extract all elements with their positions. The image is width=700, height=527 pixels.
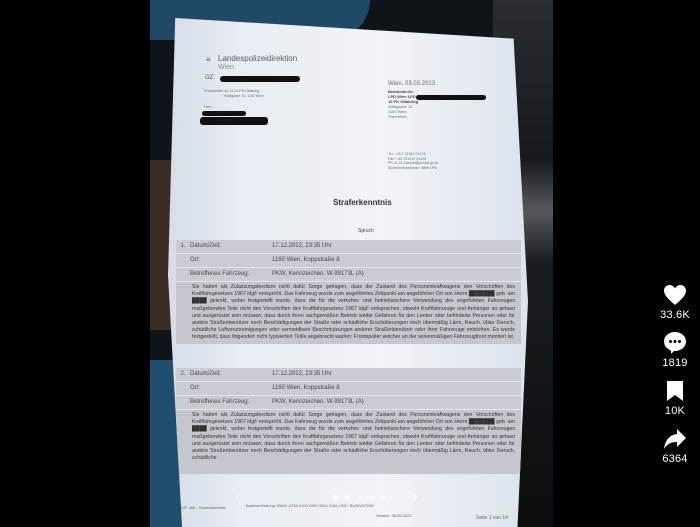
carousel-prev-button[interactable]: ‹ bbox=[235, 486, 241, 507]
carousel-dot[interactable] bbox=[333, 495, 338, 500]
document-title: Straferkenntnis bbox=[333, 198, 392, 207]
bookmark-icon bbox=[662, 379, 688, 403]
document-subtitle: Spruch bbox=[358, 228, 374, 234]
document-photo: ≡ Landespolizeidirektion Wien GZ: Rückse… bbox=[168, 18, 528, 527]
redaction bbox=[202, 111, 246, 116]
sender-block: Wien, 03.03.2023 Bearbeiter/in: LPD Wien… bbox=[388, 82, 435, 119]
like-button[interactable]: 33.6K bbox=[652, 283, 698, 321]
return-address: Rücksenden an: W 16 PK Ottakring Wattgas… bbox=[204, 89, 264, 99]
like-count: 33.6K bbox=[660, 309, 690, 321]
authority-logo: ≡ Landespolizeidirektion Wien bbox=[218, 54, 297, 72]
offense-1: 1.Datum/Zeit:17.12.2022, 23:35 Uhr Ort:1… bbox=[176, 240, 521, 344]
carousel-dot[interactable] bbox=[345, 495, 350, 500]
recipient: Herr bbox=[204, 104, 212, 110]
comment-button[interactable]: 1819 bbox=[652, 331, 698, 369]
contact-block: Tel: +43 1 31310 24126 Fax: +43 131310 2… bbox=[388, 152, 438, 170]
offense-text: Sie haben als Zulassungsbesitzer nicht d… bbox=[176, 410, 521, 474]
comment-icon bbox=[662, 331, 688, 355]
logo-icon: ≡ bbox=[206, 55, 211, 64]
save-count: 10K bbox=[665, 405, 685, 417]
carousel-dot[interactable] bbox=[381, 495, 386, 500]
share-icon bbox=[662, 427, 688, 451]
gz-label: GZ: bbox=[205, 75, 215, 81]
offense-row: Ort:1160 Wien, Koppstraße 8 bbox=[176, 254, 521, 268]
offense-row: 2.Datum/Zeit:17.12.2022, 23:35 Uhr bbox=[176, 368, 521, 382]
comment-count: 1819 bbox=[662, 357, 687, 369]
action-bar: 33.6K 1819 10K 6364 bbox=[652, 283, 698, 475]
offense-row: 1.Datum/Zeit:17.12.2022, 23:35 Uhr bbox=[176, 240, 521, 254]
offense-row: Betroffenes Fahrzeug:PKW, Kennzeichen: W… bbox=[176, 396, 521, 410]
offense-row: Ort:1160 Wien, Koppstraße 8 bbox=[176, 382, 521, 396]
offense-2: 2.Datum/Zeit:17.12.2022, 23:35 Uhr Ort:1… bbox=[176, 368, 521, 474]
redaction bbox=[416, 95, 486, 100]
redaction bbox=[220, 76, 300, 82]
share-count: 6364 bbox=[662, 453, 687, 465]
carousel-dot[interactable] bbox=[357, 495, 362, 500]
post-media[interactable]: ≡ Landespolizeidirektion Wien GZ: Rückse… bbox=[150, 0, 553, 527]
redaction bbox=[200, 117, 268, 125]
save-button[interactable]: 10K bbox=[652, 379, 698, 417]
carousel-next-button[interactable]: › bbox=[412, 486, 418, 507]
heart-icon bbox=[662, 283, 688, 307]
carousel-indicator bbox=[333, 495, 386, 500]
offense-text: Sie haben als Zulassungsbesitzer nicht d… bbox=[176, 282, 521, 344]
offense-row: Betroffenes Fahrzeug:PKW, Kennzeichen: W… bbox=[176, 268, 521, 282]
carousel-dot[interactable] bbox=[369, 495, 374, 500]
share-button[interactable]: 6364 bbox=[652, 427, 698, 465]
